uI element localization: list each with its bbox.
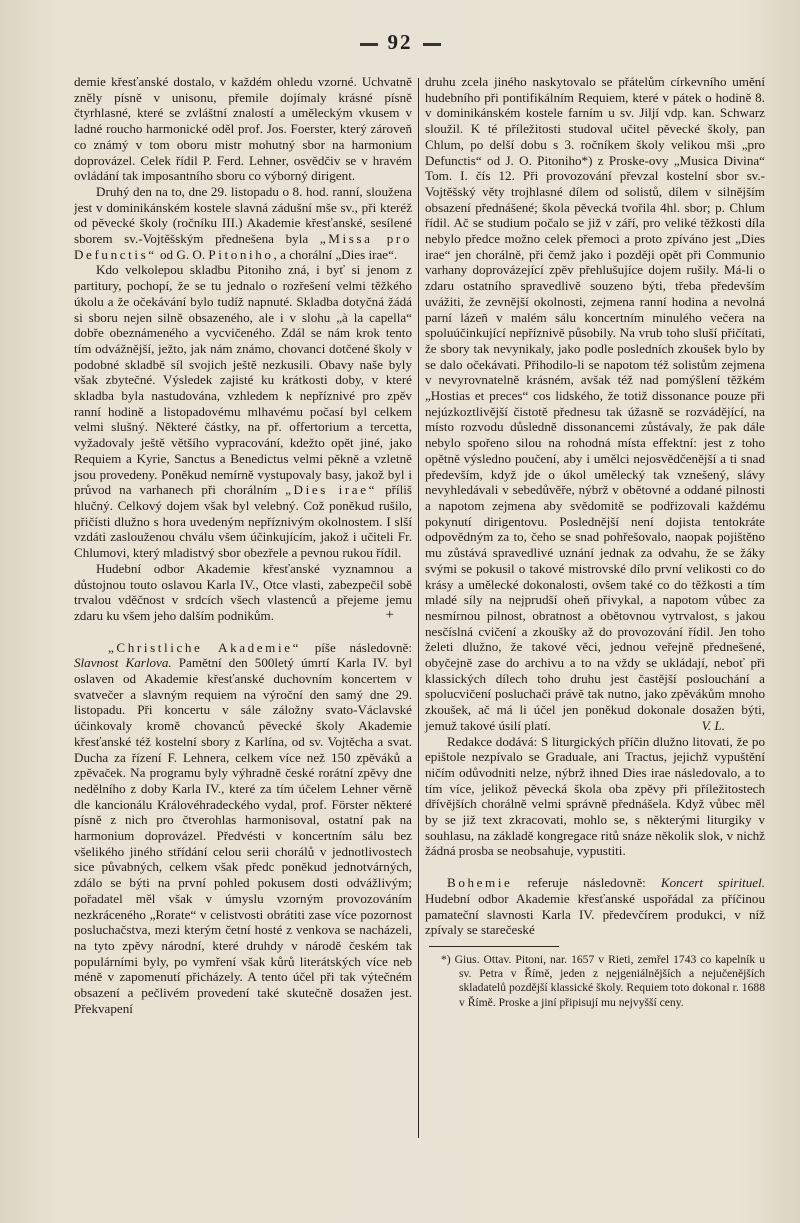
section-gap — [425, 859, 765, 875]
right-column: druhu zcela jiného naskytovalo se přátel… — [425, 74, 765, 1010]
paragraph: Druhý den na to, dne 29. listopadu o 8. … — [74, 184, 412, 263]
source-name: Bohemie — [447, 875, 512, 890]
section-gap — [74, 624, 412, 640]
left-column: demie křesťanské dostalo, v každém ohled… — [74, 74, 412, 1017]
composer-name: Pitoniho — [208, 247, 273, 262]
paragraph: Bohemie referuje následovně: Koncert spi… — [425, 875, 765, 938]
page-number-value: 92 — [388, 30, 413, 54]
paragraph: druhu zcela jiného naskytovalo se přátel… — [425, 74, 765, 734]
paragraph: „Christliche Akademie“ píše následovně: … — [74, 640, 412, 1017]
article-title: Slavnost Karlova. — [74, 655, 172, 670]
dash-right — [423, 43, 441, 46]
article-title: Koncert spirituel. — [661, 875, 765, 890]
paragraph: Redakce dodává: S liturgických příčin dl… — [425, 734, 765, 860]
footnote: *) Gius. Ottav. Pitoni, nar. 1657 v Riet… — [425, 953, 765, 1010]
work-title: „Dies irae“ — [285, 482, 377, 497]
footnote-rule — [429, 946, 559, 947]
dash-left — [360, 43, 378, 46]
paragraph: demie křesťanské dostalo, v každém ohled… — [74, 74, 412, 184]
source-name: „Christliche Akademie“ — [108, 640, 301, 655]
paragraph: Kdo velkolepou skladbu Pitoniho zná, i b… — [74, 262, 412, 560]
page-number: 92 — [0, 30, 800, 55]
column-divider — [418, 78, 419, 1138]
